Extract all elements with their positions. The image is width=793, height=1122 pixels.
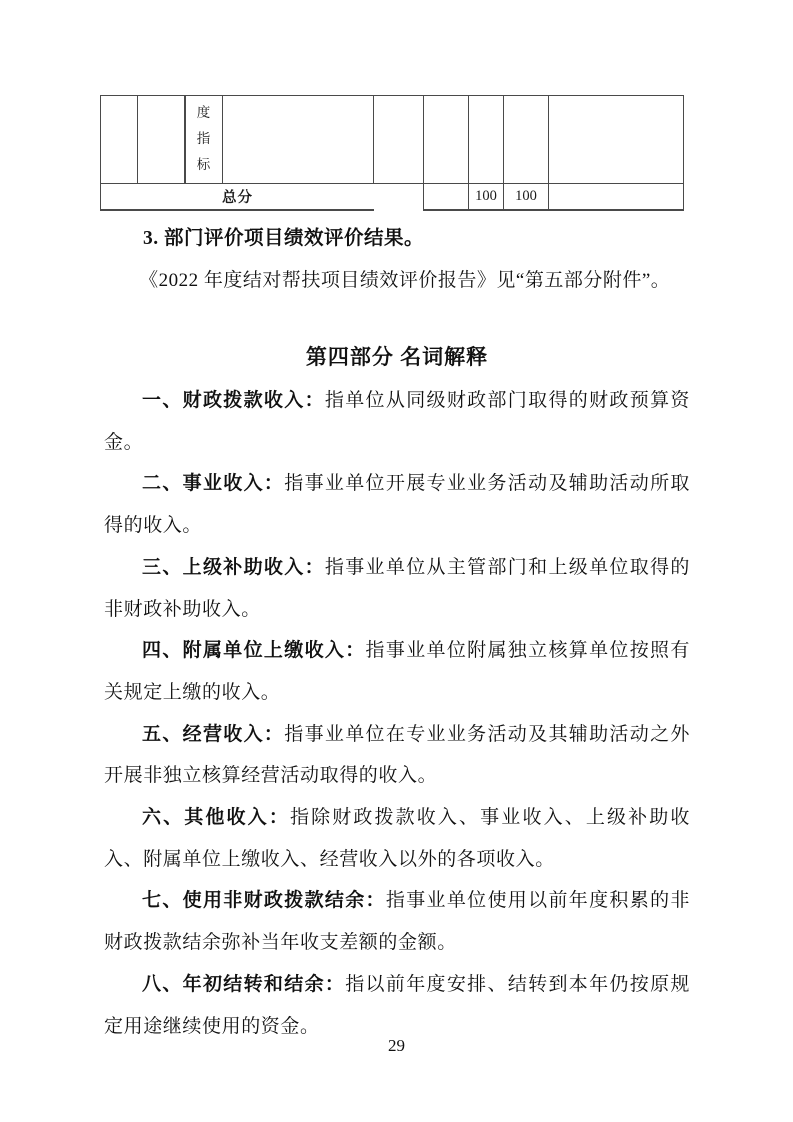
definition-item: 三、上级补助收入：指事业单位从主管部门和上级单位取得的非财政补助收入。 — [104, 547, 690, 630]
definition-term: 三、上级补助收入： — [142, 557, 325, 578]
table-cell-score-2: 100 — [503, 183, 549, 211]
table-cell-total-label: 总分 — [100, 183, 374, 211]
definition-term: 一、财政拨款收入： — [142, 390, 325, 411]
body-content: 3. 部门评价项目绩效评价结果。 《2022 年度结对帮扶项目绩效评价报告》见“… — [104, 226, 690, 1047]
table-cell-empty — [423, 183, 469, 211]
definition-term: 六、其他收入： — [142, 807, 290, 828]
definition-item: 六、其他收入：指除财政拨款收入、事业收入、上级补助收入、附属单位上缴收入、经营收… — [104, 797, 690, 880]
table-cell-empty — [222, 95, 374, 184]
score-table-fragment: 度 指 标 总分 100 100 — [100, 95, 684, 211]
page-number: 29 — [0, 1036, 793, 1056]
document-page: 度 指 标 总分 100 100 3. 部门评价项目绩效评价结果。 《2022 … — [0, 0, 793, 1122]
table-cell-empty — [373, 95, 424, 184]
definition-term: 四、附属单位上缴收入： — [142, 640, 366, 661]
table-cell-empty — [137, 95, 186, 184]
report-reference-line: 《2022 年度结对帮扶项目绩效评价报告》见“第五部分附件”。 — [104, 268, 690, 294]
definition-item: 五、经营收入：指事业单位在专业业务活动及其辅助活动之外开展非独立核算经营活动取得… — [104, 714, 690, 797]
definition-item: 一、财政拨款收入：指单位从同级财政部门取得的财政预算资金。 — [104, 380, 690, 463]
definition-item: 二、事业收入：指事业单位开展专业业务活动及辅助活动所取得的收入。 — [104, 463, 690, 546]
definitions-list: 一、财政拨款收入：指单位从同级财政部门取得的财政预算资金。 二、事业收入：指事业… — [104, 380, 690, 1047]
definition-term: 二、事业收入： — [142, 473, 284, 494]
item3-heading: 3. 部门评价项目绩效评价结果。 — [104, 226, 690, 252]
definition-item: 七、使用非财政拨款结余：指事业单位使用以前年度积累的非财政拨款结余弥补当年收支差… — [104, 880, 690, 963]
definition-item: 八、年初结转和结余：指以前年度安排、结转到本年仍按原规定用途继续使用的资金。 — [104, 964, 690, 1047]
table-cell-empty — [548, 95, 684, 184]
definition-item: 四、附属单位上缴收入：指事业单位附属独立核算单位按照有关规定上缴的收入。 — [104, 630, 690, 713]
table-cell-empty — [423, 95, 469, 184]
table-cell-score-1: 100 — [468, 183, 504, 211]
definition-term: 七、使用非财政拨款结余： — [142, 890, 386, 911]
definition-term: 八、年初结转和结余： — [142, 974, 345, 995]
table-cell-empty — [548, 183, 684, 211]
part4-section-heading: 第四部分 名词解释 — [104, 344, 690, 370]
table-cell-empty — [503, 95, 549, 184]
table-cell-empty — [100, 95, 138, 184]
table-cell-vertical-header: 度 指 标 — [184, 95, 223, 184]
table-cell-empty — [468, 95, 504, 184]
definition-term: 五、经营收入： — [142, 724, 284, 745]
